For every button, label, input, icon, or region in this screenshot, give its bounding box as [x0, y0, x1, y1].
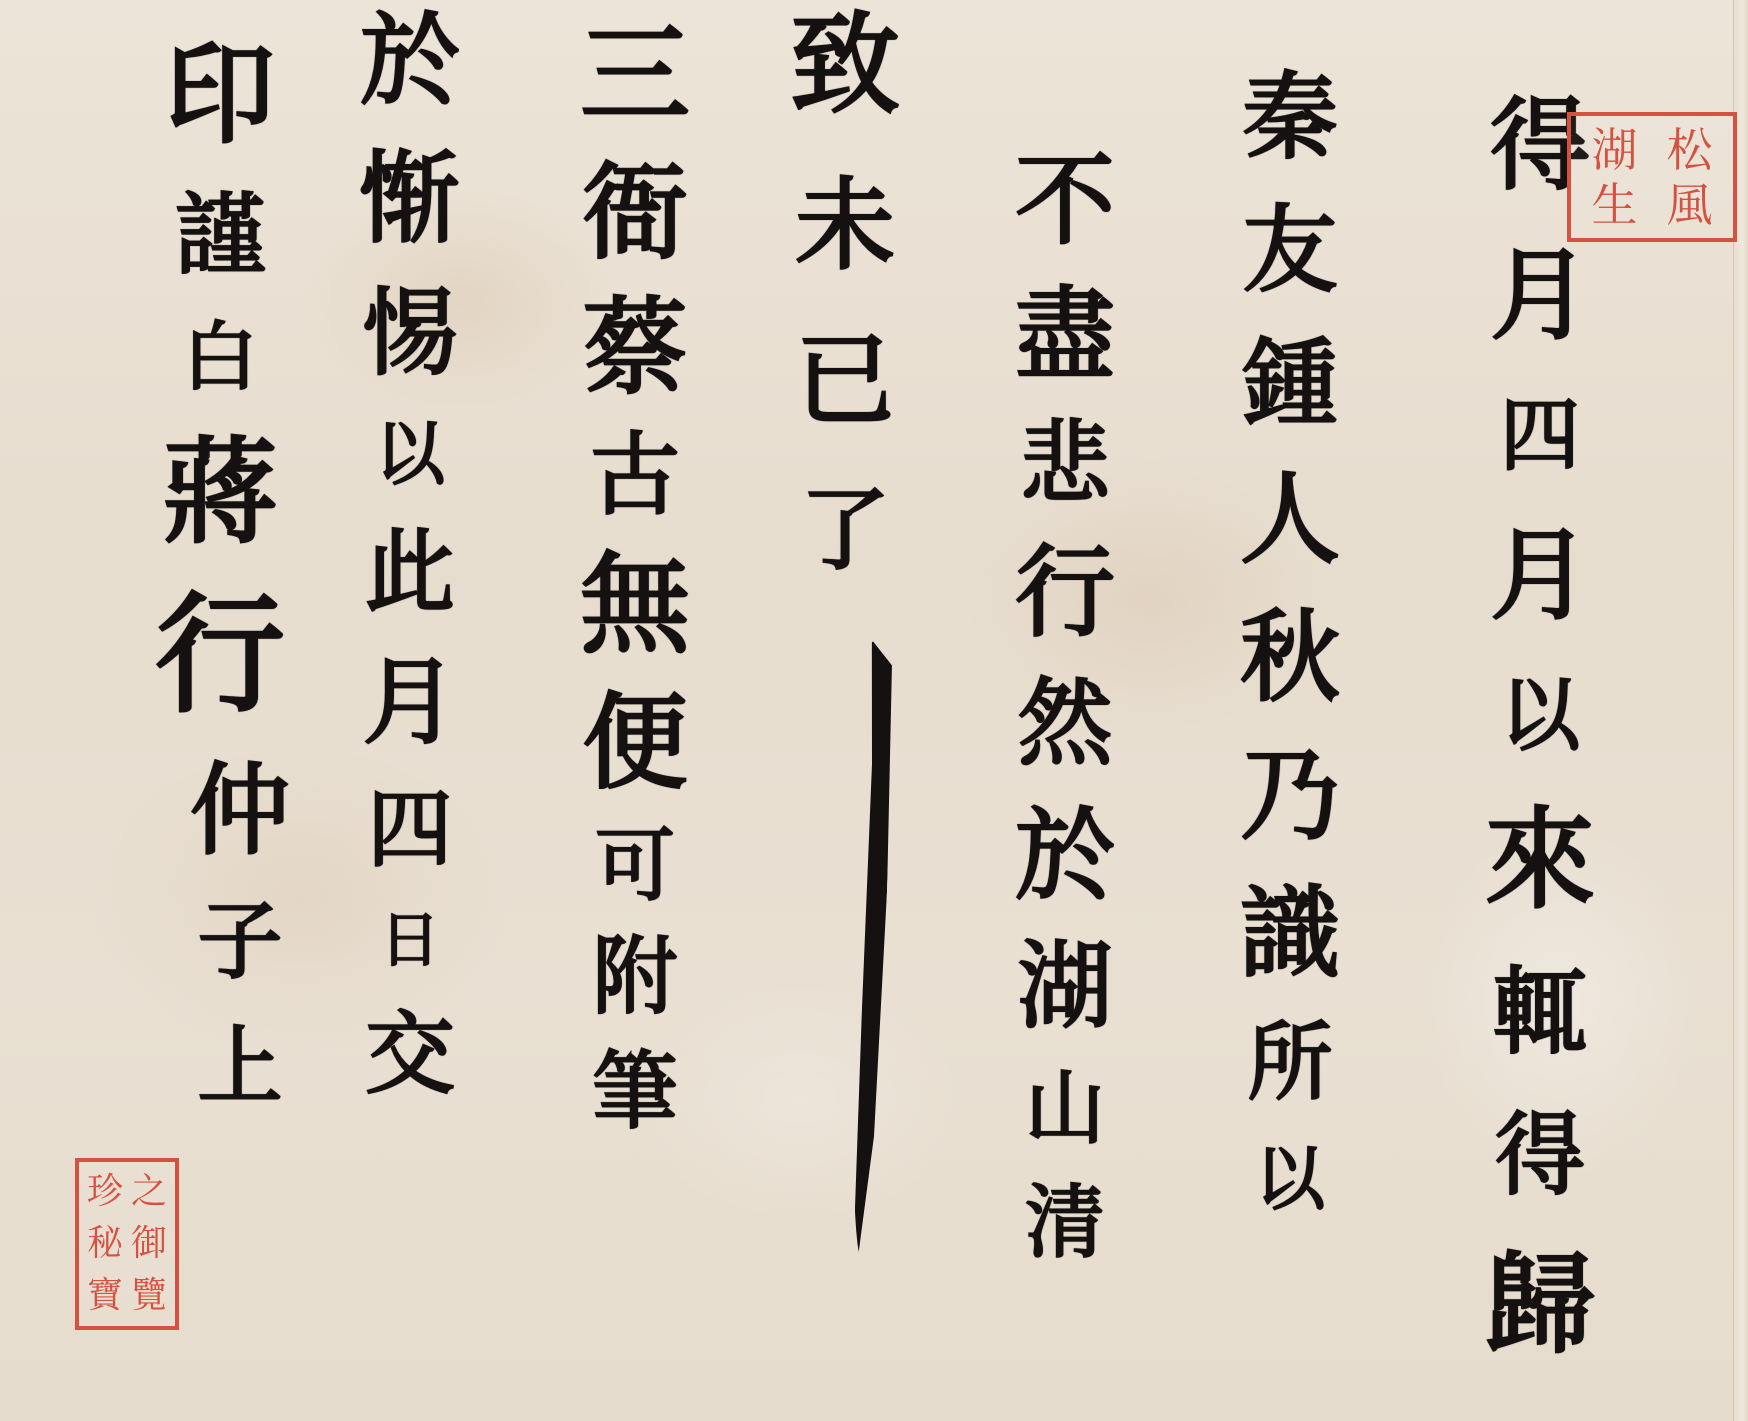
glyph: 盡 — [1015, 284, 1115, 384]
glyph: 衙 — [582, 160, 687, 265]
glyph: 清 — [1025, 1182, 1105, 1262]
glyph: 湖 — [1017, 939, 1112, 1034]
text-column-4: 致 未 已 了 — [790, 10, 900, 575]
glyph: 歸 — [1485, 1250, 1595, 1360]
seal-char: 生 — [1592, 182, 1638, 228]
text-column-5: 三 衙 蔡 古 無 便 可 附 筆 — [580, 20, 690, 1135]
glyph: 上 — [197, 1025, 282, 1110]
glyph: 三 — [580, 20, 690, 130]
glyph: 輒 — [1492, 965, 1587, 1060]
glyph: 月 — [362, 655, 457, 750]
glyph: 印 — [165, 40, 275, 150]
seal-char: 珍 — [87, 1174, 123, 1210]
glyph: 悲 — [1020, 418, 1110, 508]
glyph: 惭 — [360, 148, 460, 248]
glyph: 所 — [1247, 1021, 1332, 1106]
glyph: 此 — [365, 527, 455, 617]
extended-brush-stroke — [844, 640, 896, 1261]
glyph: 惕 — [362, 286, 457, 381]
glyph: 未 — [795, 175, 895, 275]
glyph: 以 — [375, 419, 445, 489]
text-column-7: 印 謹 白 蔣 行 仲 子 上 — [150, 40, 290, 1110]
calligraphy-sheet: 得 月 四 月 以 來 輒 得 歸 秦 友 鍾 人 秋 乃 識 所 以 不 盡 … — [0, 0, 1748, 1421]
glyph: 謹 — [175, 190, 265, 280]
seal-char: 之 — [131, 1174, 167, 1210]
glyph: 月 — [1490, 525, 1590, 625]
glyph: 月 — [1490, 245, 1590, 345]
seal-char: 風 — [1667, 182, 1713, 228]
glyph: 便 — [582, 690, 687, 795]
glyph: 乃 — [1240, 745, 1340, 845]
seal-char: 覽 — [131, 1278, 167, 1314]
glyph: 行 — [1015, 542, 1115, 642]
collector-seal-top-right: 湖 生 松 風 — [1567, 112, 1737, 242]
glyph: 致 — [790, 10, 900, 120]
glyph: 友 — [1242, 203, 1337, 298]
glyph: 白 — [182, 320, 257, 395]
glyph: 筆 — [592, 1050, 677, 1135]
glyph: 人 — [1240, 469, 1340, 569]
text-column-1: 得 月 四 月 以 來 輒 得 歸 — [1485, 95, 1595, 1360]
collector-seal-bottom-left: 珍 秘 寶 之 御 覽 — [75, 1158, 179, 1330]
glyph: 蔡 — [582, 295, 687, 400]
glyph: 已 — [795, 330, 895, 430]
glyph: 交 — [365, 1009, 455, 1099]
glyph: 以 — [1500, 675, 1580, 755]
text-column-6: 於 惭 惕 以 此 月 四 日 交 — [360, 10, 460, 1099]
glyph: 仲 — [190, 760, 290, 860]
glyph: 識 — [1240, 883, 1340, 983]
text-column-3: 不 盡 悲 行 然 於 湖 山 清 — [1015, 150, 1115, 1262]
glyph: 四 — [1500, 395, 1580, 475]
seal-char: 寶 — [87, 1278, 123, 1314]
glyph: 無 — [580, 550, 690, 660]
glyph: 以 — [1255, 1144, 1325, 1214]
glyph: 於 — [1015, 805, 1115, 905]
glyph: 古 — [590, 430, 680, 520]
glyph: 可 — [595, 825, 675, 905]
glyph: 鍾 — [1242, 336, 1337, 431]
glyph: 山 — [1025, 1068, 1105, 1148]
glyph: 不 — [1015, 150, 1115, 250]
seal-char: 御 — [131, 1226, 167, 1262]
glyph: 附 — [592, 935, 677, 1020]
glyph: 得 — [1495, 1110, 1585, 1200]
glyph: 於 — [360, 10, 460, 110]
glyph: 了 — [800, 485, 890, 575]
glyph: 行 — [155, 590, 285, 720]
seal-char: 秘 — [87, 1226, 123, 1262]
glyph: 來 — [1485, 805, 1595, 915]
text-column-2: 秦 友 鍾 人 秋 乃 識 所 以 — [1240, 70, 1340, 1214]
glyph: 子 — [197, 900, 282, 985]
glyph: 蔣 — [162, 435, 277, 550]
glyph: 秋 — [1240, 607, 1340, 707]
seal-char: 松 — [1667, 127, 1713, 173]
seal-char: 湖 — [1592, 127, 1638, 173]
glyph: 然 — [1017, 676, 1112, 771]
glyph: 四 — [367, 788, 452, 873]
glyph: 日 — [380, 911, 440, 971]
glyph: 秦 — [1242, 70, 1337, 165]
